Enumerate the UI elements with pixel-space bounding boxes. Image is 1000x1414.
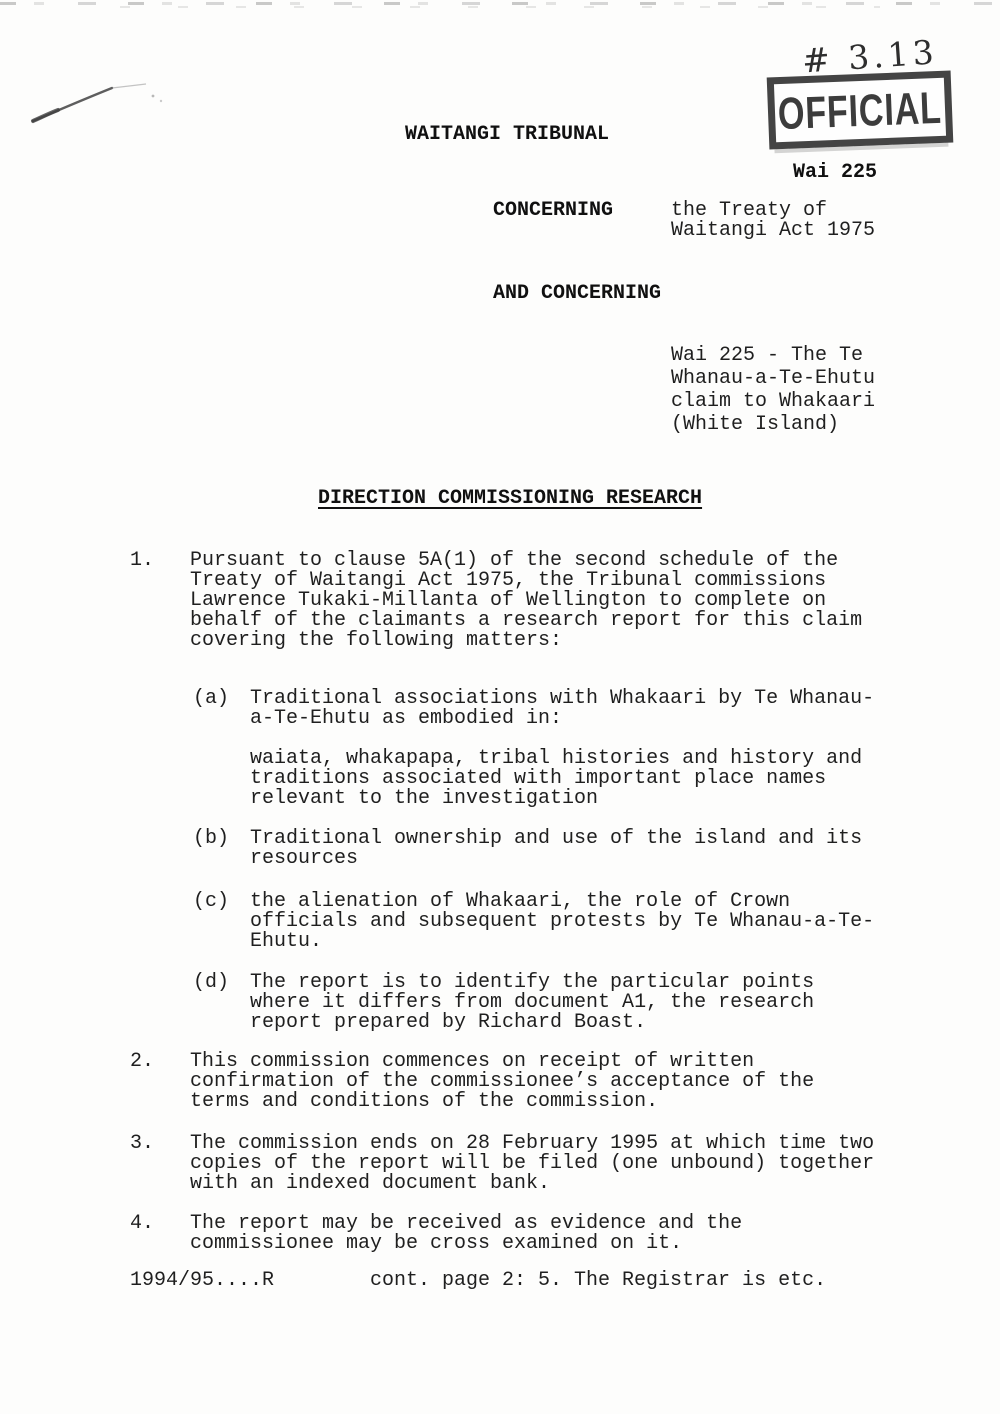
claim-description: Wai 225 - The Te Whanau-a-Te-Ehutu claim… <box>671 344 875 436</box>
subitem-d-text: The report is to identify the particular… <box>250 973 814 1033</box>
subitem-c-marker: (c) <box>193 892 229 912</box>
subitem-d-marker: (d) <box>193 973 229 993</box>
paragraph-1-text: Pursuant to clause 5A(1) of the second s… <box>190 551 862 651</box>
subitem-a-marker: (a) <box>193 689 229 709</box>
official-stamp: OFFICIAL <box>767 70 954 149</box>
claim-number: Wai 225 <box>793 163 877 183</box>
tribunal-title: WAITANGI TRIBUNAL <box>405 125 609 145</box>
subitem-c-text: the alienation of Whakaari, the role of … <box>250 892 874 952</box>
paragraph-4-text: The report may be received as evidence a… <box>190 1214 742 1254</box>
document-page: # 3.13 OFFICIAL WAITANGI TRIBUNAL Wai 22… <box>0 0 1000 1414</box>
concerning-text: the Treaty of Waitangi Act 1975 <box>671 201 875 241</box>
paragraph-1-number: 1. <box>130 551 154 571</box>
paragraph-3-number: 3. <box>130 1134 154 1154</box>
subitem-b-marker: (b) <box>193 829 229 849</box>
subitem-b-text: Traditional ownership and use of the isl… <box>250 829 862 869</box>
official-stamp-label: OFFICIAL <box>777 84 942 135</box>
paragraph-2-text: This commission commences on receipt of … <box>190 1052 814 1112</box>
footer-continuation-note: cont. page 2: 5. The Registrar is etc. <box>370 1271 826 1291</box>
paragraph-2-number: 2. <box>130 1052 154 1072</box>
document-title: DIRECTION COMMISSIONING RESEARCH <box>318 489 702 509</box>
and-concerning-label: AND CONCERNING <box>493 284 661 304</box>
paragraph-3-text: The commission ends on 28 February 1995 … <box>190 1134 874 1194</box>
concerning-label: CONCERNING <box>493 201 613 221</box>
pencil-mark <box>0 0 260 160</box>
footer-reference: 1994/95....R <box>130 1271 274 1291</box>
subitem-a-text: Traditional associations with Whakaari b… <box>250 689 874 809</box>
paragraph-4-number: 4. <box>130 1214 154 1234</box>
